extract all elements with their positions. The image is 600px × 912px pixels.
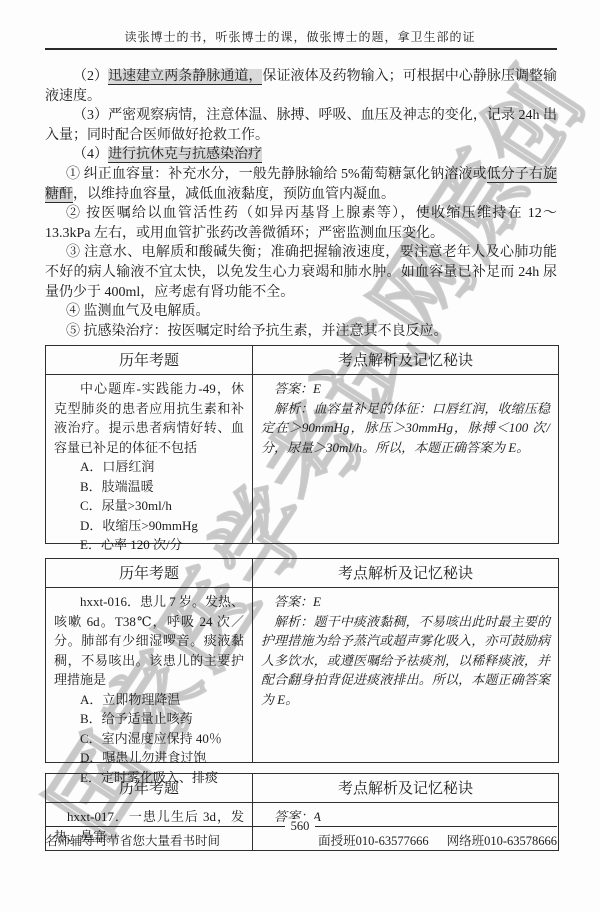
document-page: 国家医学考试网原创 读张博士的书，听张博士的课，做张博士的题，拿卫生部的证 （2… xyxy=(0,0,600,912)
item-1-prefix: ① 纠正血容量：补充水分，一般先静脉输给 5%葡萄糖氯化钠溶液或 xyxy=(66,167,487,182)
exam-table-2-question-cell: hxxt-016．患儿 7 岁。发热、咳嗽 6d。T38℃，呼吸 24 次／分。… xyxy=(46,588,253,762)
footer-phone-online: 网络班010-63578666 xyxy=(447,834,557,848)
option-a: A．立即物理降温 xyxy=(54,690,244,710)
answer-line: 答案：E xyxy=(261,592,550,612)
footer-phone-onsite: 面授班010-63577666 xyxy=(318,834,428,848)
answer-line: 答案：E xyxy=(261,379,550,399)
exam-table-2: 历年考题 考点解析及记忆秘诀 hxxt-016．患儿 7 岁。发热、咳嗽 6d。… xyxy=(45,558,559,763)
analysis-text: 解析：题干中痰液黏稠，不易咳出此时最主要的护理措施为给予蒸汽或超声雾化吸入，亦可… xyxy=(261,612,550,710)
header-rule xyxy=(45,48,557,50)
body-text: （2）迅速建立两条静脉通道，保证液体及药物输入；可根据中心静脉压调整输液速度。 … xyxy=(45,67,557,341)
option-b: B．给予适量止咳药 xyxy=(54,709,244,729)
exam-table-3-header-analysis: 考点解析及记忆秘诀 xyxy=(253,774,558,803)
exam-table-1-question-cell: 中心题库-实践能力-49，休克型肺炎的患者应用抗生素和补液治疗。提示患者病情好转… xyxy=(46,375,253,543)
header-slogan: 读张博士的书，听张博士的课，做张博士的题，拿卫生部的证 xyxy=(0,28,600,45)
option-c: C．尿量>30ml/h xyxy=(54,496,244,516)
paragraph-4-prefix: （4） xyxy=(73,147,108,162)
question-stem: hxxt-016．患儿 7 岁。发热、咳嗽 6d。T38℃，呼吸 24 次／分。… xyxy=(54,592,244,690)
item-3: ③ 注意水、电解质和酸碱失衡；准确把握输液速度，要注意老年人及心肺功能不好的病人… xyxy=(45,243,557,302)
option-c: C．室内湿度应保持 40％ xyxy=(54,729,244,749)
footer-contacts: 面授班010-63577666网络班010-63578666 xyxy=(318,831,557,849)
exam-table-2-analysis-cell: 答案：E 解析：题干中痰液黏稠，不易咳出此时最主要的护理措施为给予蒸汽或超声雾化… xyxy=(253,588,558,762)
exam-table-1: 历年考题 考点解析及记忆秘诀 中心题库-实践能力-49，休克型肺炎的患者应用抗生… xyxy=(45,345,559,544)
exam-table-3-header-questions: 历年考题 xyxy=(46,774,253,803)
item-1-rest: ，以维持血容量，减低血液黏度，预防血管内凝血。 xyxy=(73,187,395,202)
exam-table-1-header-questions: 历年考题 xyxy=(46,346,253,375)
option-d: D．收缩压>90mmHg xyxy=(54,516,244,536)
page-number-value: 560 xyxy=(285,819,316,833)
exam-table-2-header-questions: 历年考题 xyxy=(46,559,253,588)
question-stem: 中心题库-实践能力-49，休克型肺炎的患者应用抗生素和补液治疗。提示患者病情好转… xyxy=(54,379,244,457)
item-5: ⑤ 抗感染治疗：按医嘱定时给予抗生素，并注意其不良反应。 xyxy=(45,322,557,342)
paragraph-3: （3）严密观察病情，注意体温、脉搏、呼吸、血压及神志的变化，记录 24h 出入量… xyxy=(45,106,557,145)
option-d: D．嘱患儿勿进食过饱 xyxy=(54,748,244,768)
option-e: E．心率 120 次/分 xyxy=(54,535,244,555)
item-2: ② 按医嘱给以血管活性药（如异丙基肾上腺素等），使收缩压维持在 12～13.3k… xyxy=(45,204,557,243)
option-a: A．口唇红润 xyxy=(54,457,244,477)
item-4: ④ 监测血气及电解质。 xyxy=(45,302,557,322)
paragraph-2-prefix: （2） xyxy=(73,69,108,84)
exam-table-1-analysis-cell: 答案：E 解析：血容量补足的体征：口唇红润，收缩压稳定在＞90mmHg，脉压＞3… xyxy=(253,375,558,543)
paragraph-4: （4）进行抗休克与抗感染治疗 xyxy=(45,145,557,165)
analysis-text: 解析：血容量补足的体征：口唇红润，收缩压稳定在＞90mmHg，脉压＞30mmHg… xyxy=(261,399,550,458)
exam-table-1-header-analysis: 考点解析及记忆秘诀 xyxy=(253,346,558,375)
paragraph-2-highlight: 迅速建立两条静脉通道， xyxy=(108,69,262,85)
exam-table-2-header-analysis: 考点解析及记忆秘诀 xyxy=(253,559,558,588)
option-b: B．肢端温暖 xyxy=(54,477,244,497)
item-1: ① 纠正血容量：补充水分，一般先静脉输给 5%葡萄糖氯化钠溶液或低分子右旋糖酐，… xyxy=(45,165,557,204)
paragraph-2: （2）迅速建立两条静脉通道，保证液体及药物输入；可根据中心静脉压调整输液速度。 xyxy=(45,67,557,106)
paragraph-4-highlight: 进行抗休克与抗感染治疗 xyxy=(108,147,262,163)
